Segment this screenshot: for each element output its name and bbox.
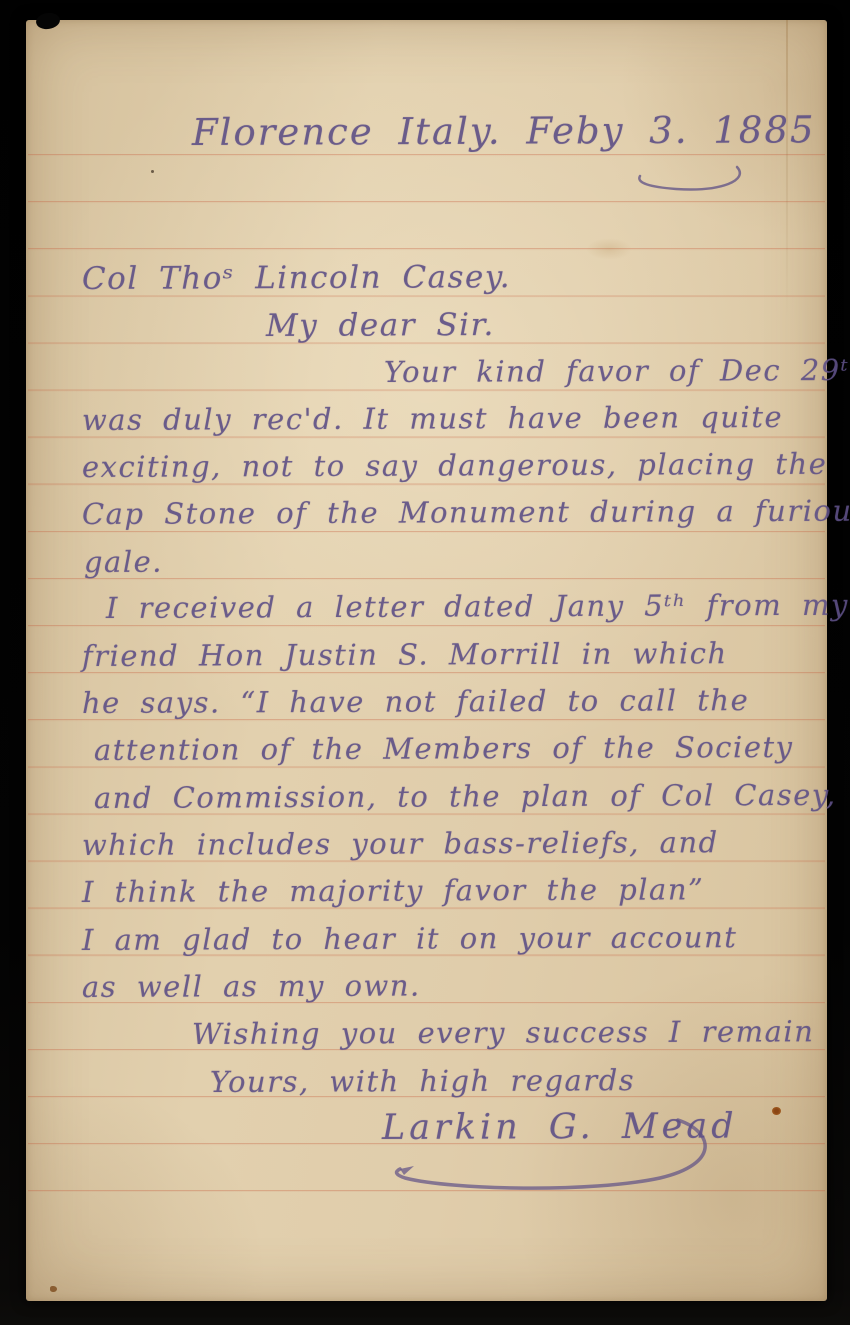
soft-stain bbox=[586, 238, 632, 260]
body-line: exciting, not to say dangerous, placing … bbox=[82, 448, 828, 485]
body-line: was duly rec'd. It must have been quite bbox=[82, 401, 783, 437]
body-line: I am glad to hear it on your account bbox=[82, 921, 738, 957]
signature: Larkin G. Mead bbox=[382, 1106, 738, 1148]
dust-speck bbox=[151, 170, 154, 173]
rust-stain bbox=[772, 1107, 781, 1115]
body-line: gale. bbox=[84, 546, 163, 580]
closing-line: Yours, with high regards bbox=[210, 1064, 635, 1099]
recipient-line: Col Thoˢ Lincoln Casey. bbox=[82, 260, 511, 298]
closing-line: Wishing you every success I remain bbox=[192, 1015, 815, 1051]
body-line: as well as my own. bbox=[82, 970, 421, 1005]
body-line: I think the majority favor the plan” bbox=[82, 873, 705, 909]
dateline: Florence Italy. Feby 3. 1885 bbox=[192, 109, 816, 154]
body-line: I received a letter dated Jany 5ᵗʰ from … bbox=[106, 589, 849, 626]
paper-crease bbox=[786, 20, 788, 320]
body-line: and Commission, to the plan of Col Casey… bbox=[94, 779, 837, 816]
paper-chip bbox=[35, 11, 61, 30]
body-line: Your kind favor of Dec 29ᵗʰ bbox=[384, 354, 850, 389]
body-line: Cap Stone of the Monument during a furio… bbox=[82, 495, 850, 532]
body-line: which includes your bass-reliefs, and bbox=[82, 826, 719, 862]
small-stain bbox=[50, 1286, 57, 1292]
body-line: attention of the Members of the Society bbox=[94, 731, 794, 767]
salutation-line: My dear Sir. bbox=[266, 308, 495, 345]
body-line: friend Hon Justin S. Morrill in which bbox=[82, 637, 728, 673]
photo-backdrop: Florence Italy. Feby 3. 1885 Col Thoˢ Li… bbox=[0, 0, 850, 1325]
body-line: he says. “I have not failed to call the bbox=[82, 684, 749, 720]
